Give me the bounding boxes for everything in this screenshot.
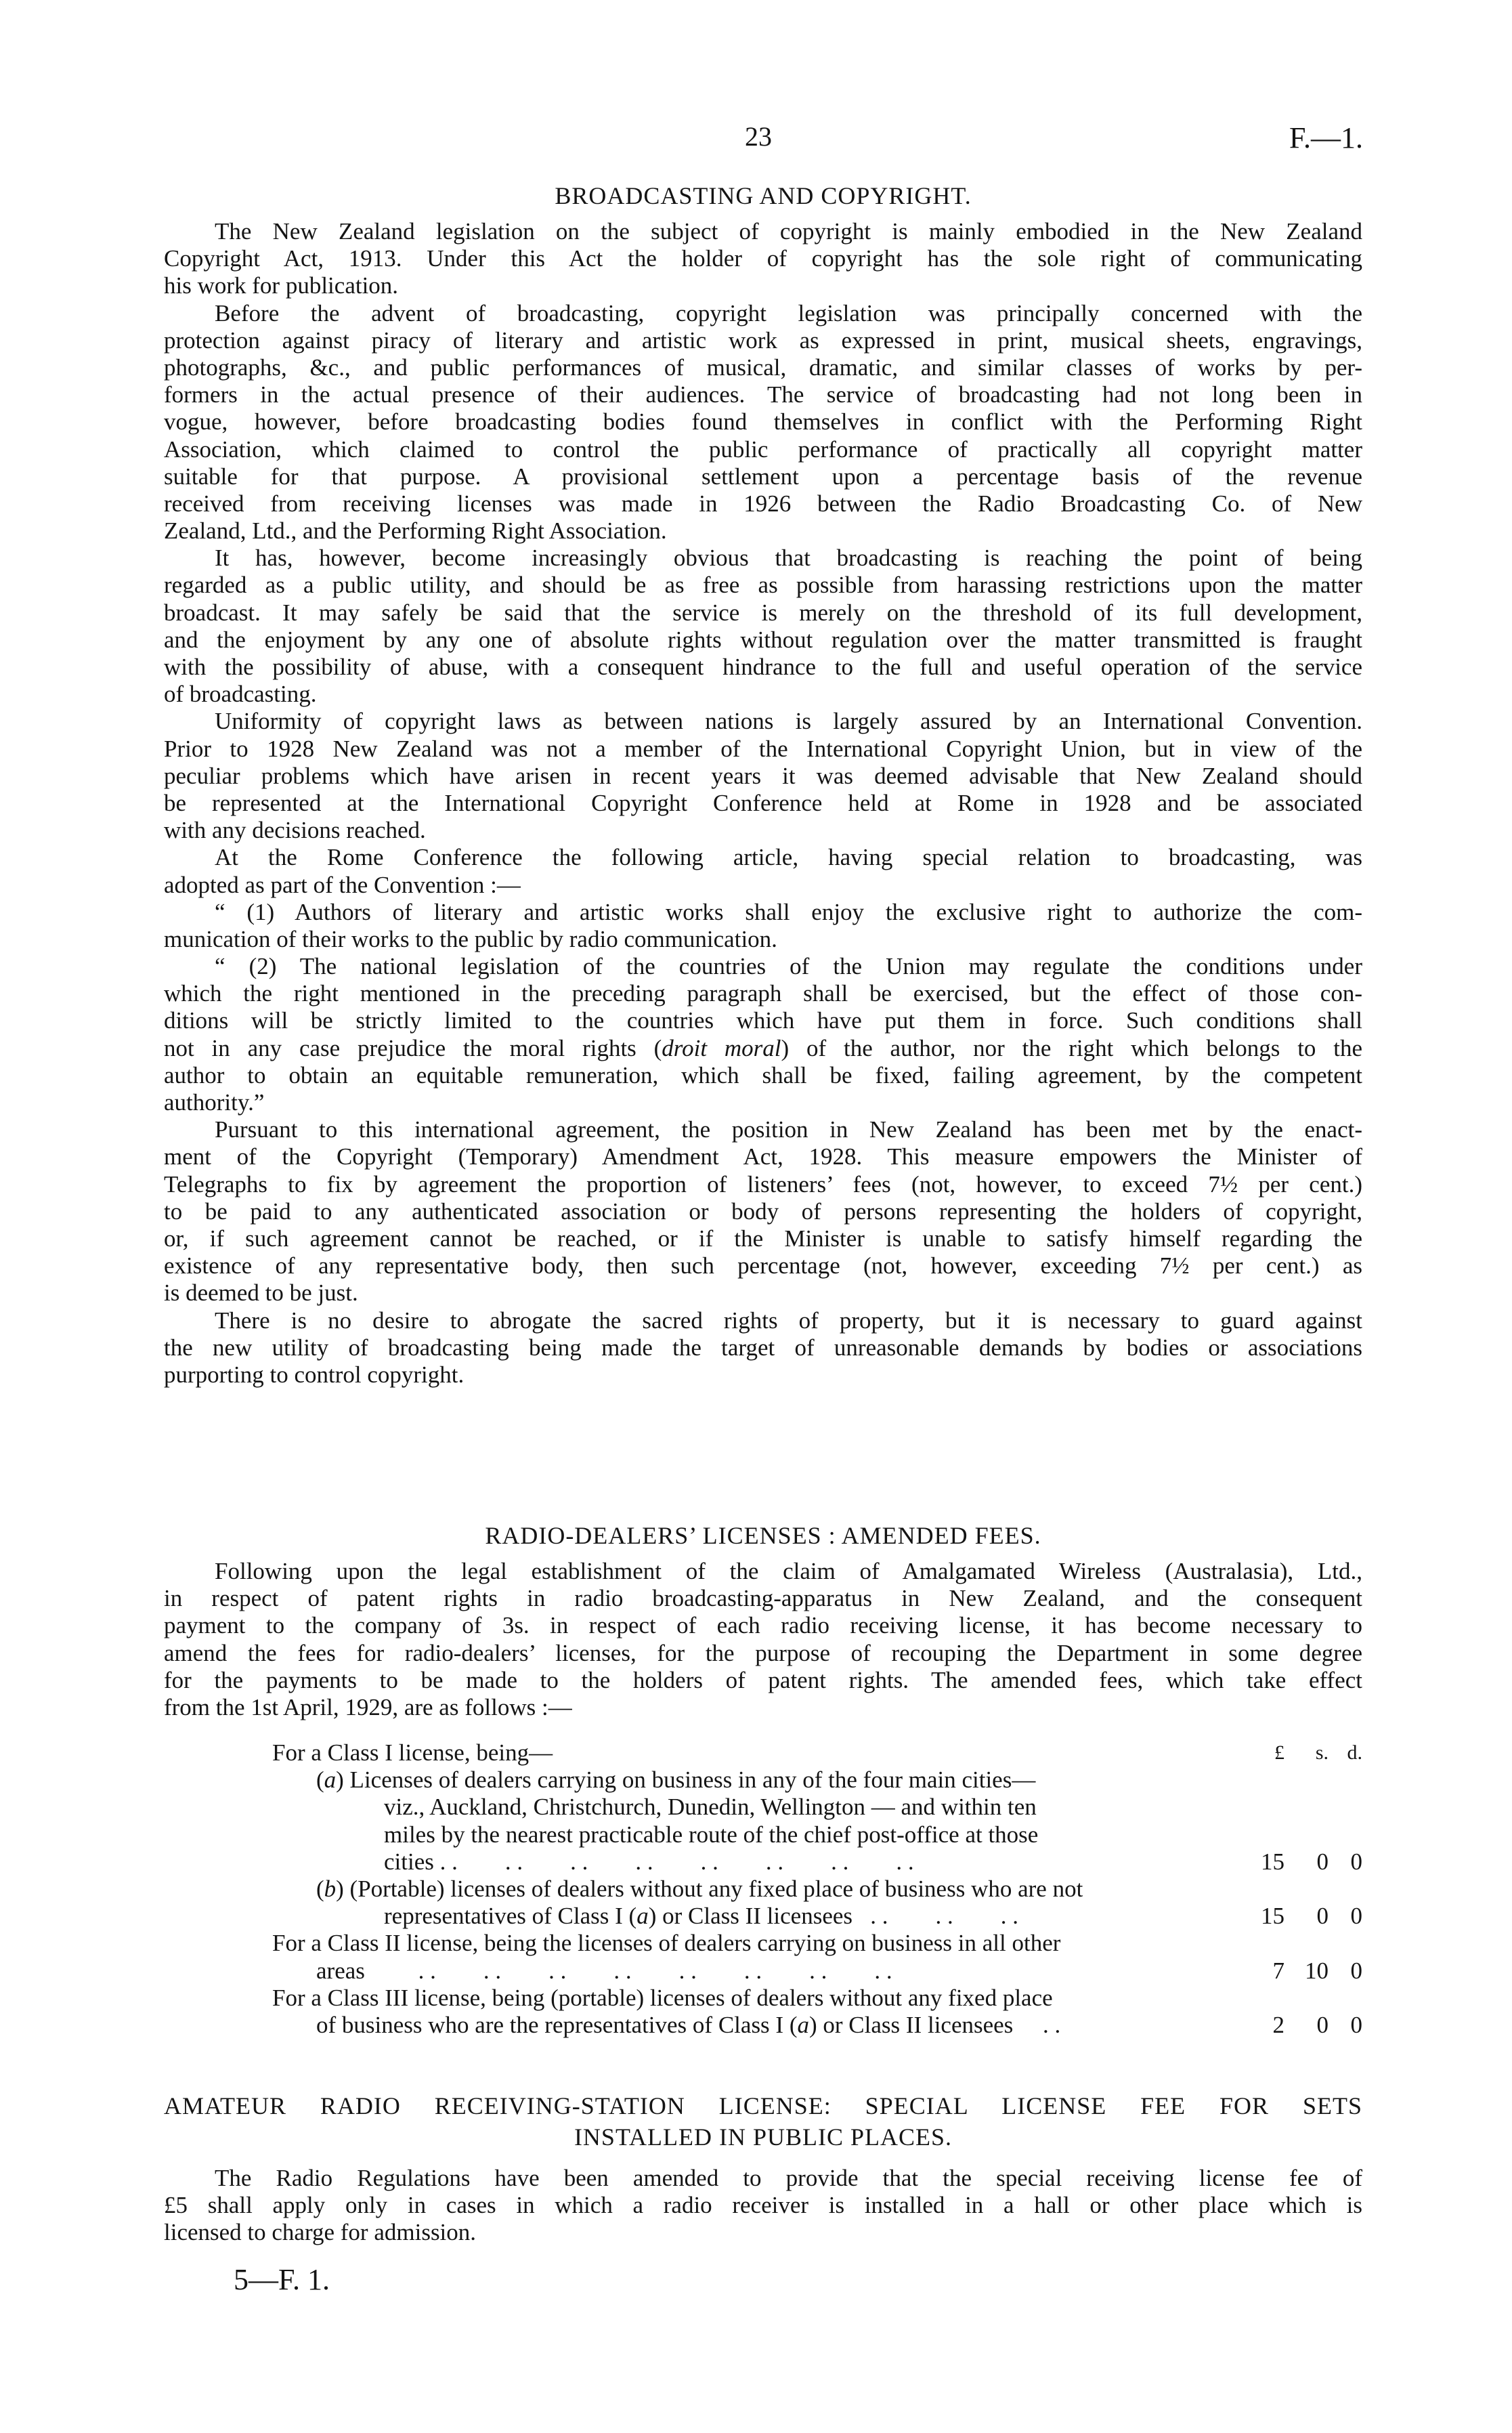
- amount-pence: 0: [1335, 1958, 1362, 1985]
- paragraph: There is no desire to abrogate the sacre…: [164, 1307, 1362, 1389]
- paragraph: Uniformity of copyright laws as between …: [164, 708, 1362, 844]
- fee-amount: 1500: [1247, 1903, 1362, 1930]
- paragraph: “ (2) The national legislation of the co…: [164, 953, 1362, 1116]
- text-line: photographs, &c., and public performance…: [164, 354, 1362, 381]
- text-line: Pursuant to this international agreement…: [164, 1116, 1362, 1143]
- page-number: 23: [731, 121, 785, 152]
- text-line: licensed to charge for admission.: [164, 2219, 1362, 2246]
- paragraph: Pursuant to this international agreement…: [164, 1116, 1362, 1307]
- text-line: his work for publication.: [164, 272, 1362, 299]
- section-body-broadcasting-copyright: The New Zealand legislation on the subje…: [164, 218, 1362, 1389]
- amount-pounds: 15: [1247, 1848, 1284, 1876]
- paragraph: At the Rome Conference the following art…: [164, 844, 1362, 898]
- fee-description: miles by the nearest practicable route o…: [384, 1821, 1213, 1848]
- fee-amount: 1500: [1247, 1848, 1362, 1876]
- text-line: be represented at the International Copy…: [164, 790, 1362, 817]
- section-heading-amateur-radio-license: AMATEUR RADIO RECEIVING-STATION LICENSE:…: [164, 2092, 1362, 2151]
- text-line: There is no desire to abrogate the sacre…: [164, 1307, 1362, 1334]
- text-line: purporting to control copyright.: [164, 1361, 1362, 1389]
- fee-row: miles by the nearest practicable route o…: [164, 1821, 1362, 1848]
- text-line: author to obtain an equitable remunerati…: [164, 1062, 1362, 1089]
- section-heading-radio-dealers-licenses: RADIO-DEALERS’ LICENSES : AMENDED FEES.: [164, 1521, 1362, 1550]
- text-line: The New Zealand legislation on the subje…: [164, 218, 1362, 245]
- text-line: £5 shall apply only in cases in which a …: [164, 2192, 1362, 2219]
- amount-pounds: 7: [1247, 1958, 1284, 1985]
- text-line: which the right mentioned in the precedi…: [164, 980, 1362, 1007]
- text-line: It has, however, become increasingly obv…: [164, 545, 1362, 572]
- text-line: Copyright Act, 1913. Under this Act the …: [164, 245, 1362, 272]
- fee-row: For a Class II license, being the licens…: [164, 1930, 1362, 1957]
- text-line: ditions will be strictly limited to the …: [164, 1007, 1362, 1034]
- paragraph: “ (1) Authors of literary and artistic w…: [164, 899, 1362, 953]
- amount-shillings: 0: [1291, 1903, 1329, 1930]
- text-line: Before the advent of broadcasting, copyr…: [164, 300, 1362, 327]
- paragraph: It has, however, become increasingly obv…: [164, 545, 1362, 708]
- fee-row: (b) (Portable) licenses of dealers witho…: [164, 1876, 1362, 1903]
- fee-row: areas . . . . . . . . . . . . . . . .710…: [164, 1958, 1362, 1985]
- section-heading-broadcasting-copyright: BROADCASTING AND COPYRIGHT.: [164, 182, 1362, 210]
- text-line: payment to the company of 3s. in respect…: [164, 1612, 1362, 1639]
- amount-pence: 0: [1335, 1848, 1362, 1876]
- text-line: the new utility of broadcasting being ma…: [164, 1334, 1362, 1361]
- amount-pounds: 15: [1247, 1903, 1284, 1930]
- text-line: vogue, however, before broadcasting bodi…: [164, 408, 1362, 436]
- fee-row: of business who are the representatives …: [164, 2012, 1362, 2039]
- text-line: or, if such agreement cannot be reached,…: [164, 1225, 1362, 1252]
- text-line: Following upon the legal establishment o…: [164, 1558, 1362, 1585]
- text-line: The Radio Regulations have been amended …: [164, 2165, 1362, 2192]
- text-line: with any decisions reached.: [164, 817, 1362, 844]
- text-line: broadcast. It may safely be said that th…: [164, 599, 1362, 627]
- amount-shillings: 0: [1291, 2012, 1329, 2039]
- text-line: ment of the Copyright (Temporary) Amendm…: [164, 1143, 1362, 1170]
- text-line: and the enjoyment by any one of absolute…: [164, 627, 1362, 654]
- text-line: not in any case prejudice the moral righ…: [164, 1035, 1362, 1062]
- text-line: with the possibility of abuse, with a co…: [164, 654, 1362, 681]
- text-line: Zealand, Ltd., and the Performing Right …: [164, 517, 1362, 545]
- fee-amount: 200: [1247, 2012, 1362, 2039]
- fee-description: For a Class II license, being the licens…: [272, 1930, 1213, 1957]
- amount-pence: 0: [1335, 2012, 1362, 2039]
- paragraph: The New Zealand legislation on the subje…: [164, 218, 1362, 300]
- fee-description: For a Class III license, being (portable…: [272, 1985, 1213, 2012]
- text-line: adopted as part of the Convention :—: [164, 872, 1362, 899]
- fee-description: areas . . . . . . . . . . . . . . . .: [316, 1958, 1213, 1985]
- fee-row: cities . . . . . . . . . . . . . . . .15…: [164, 1848, 1362, 1876]
- fee-amount: 7100: [1247, 1958, 1362, 1985]
- fee-row: (a) Licenses of dealers carrying on busi…: [164, 1766, 1362, 1794]
- text-line: received from receiving licenses was mad…: [164, 490, 1362, 517]
- heading-line: INSTALLED IN PUBLIC PLACES.: [164, 2123, 1362, 2151]
- fee-row: For a Class III license, being (portable…: [164, 1985, 1362, 2012]
- text-line: from the 1st April, 1929, are as follows…: [164, 1694, 1362, 1721]
- fee-row: For a Class I license, being—: [164, 1739, 1362, 1766]
- text-line: Uniformity of copyright laws as between …: [164, 708, 1362, 735]
- text-line: suitable for that purpose. A provisional…: [164, 463, 1362, 490]
- fee-description: For a Class I license, being—: [272, 1739, 1213, 1766]
- text-line: Prior to 1928 New Zealand was not a memb…: [164, 736, 1362, 763]
- text-line: Telegraphs to fix by agreement the propo…: [164, 1171, 1362, 1198]
- fee-description: viz., Auckland, Christchurch, Dunedin, W…: [384, 1794, 1213, 1821]
- fee-table: £s.d.For a Class I license, being—(a) Li…: [164, 1739, 1362, 2039]
- paragraph: Following upon the legal establishment o…: [164, 1558, 1362, 1721]
- fee-description: representatives of Class I (a) or Class …: [384, 1903, 1213, 1930]
- amount-pence: 0: [1335, 1903, 1362, 1930]
- text-line: existence of any representative body, th…: [164, 1252, 1362, 1279]
- amount-shillings: 0: [1291, 1848, 1329, 1876]
- text-line: “ (2) The national legislation of the co…: [164, 953, 1362, 980]
- paper-reference: F.—1.: [1289, 121, 1363, 155]
- text-line: is deemed to be just.: [164, 1279, 1362, 1307]
- paragraph: The Radio Regulations have been amended …: [164, 2165, 1362, 2247]
- fee-row: viz., Auckland, Christchurch, Dunedin, W…: [164, 1794, 1362, 1821]
- text-line: to be paid to any authenticated associat…: [164, 1198, 1362, 1225]
- text-line: munication of their works to the public …: [164, 926, 1362, 953]
- amount-pounds: 2: [1247, 2012, 1284, 2039]
- fee-row: representatives of Class I (a) or Class …: [164, 1903, 1362, 1930]
- section-body-amateur-radio-license: The Radio Regulations have been amended …: [164, 2165, 1362, 2247]
- fee-description: cities . . . . . . . . . . . . . . . .: [384, 1848, 1213, 1876]
- fee-description: (a) Licenses of dealers carrying on busi…: [316, 1766, 1213, 1794]
- heading-line: AMATEUR RADIO RECEIVING-STATION LICENSE:…: [164, 2092, 1362, 2120]
- text-line: regarded as a public utility, and should…: [164, 572, 1362, 599]
- text-line: protection against piracy of literary an…: [164, 327, 1362, 354]
- text-line: “ (1) Authors of literary and artistic w…: [164, 899, 1362, 926]
- text-line: At the Rome Conference the following art…: [164, 844, 1362, 871]
- amount-shillings: 10: [1291, 1958, 1329, 1985]
- text-line: in respect of patent rights in radio bro…: [164, 1585, 1362, 1612]
- text-line: of broadcasting.: [164, 681, 1362, 708]
- text-line: amend the fees for radio-dealers’ licens…: [164, 1640, 1362, 1667]
- text-line: for the payments to be made to the holde…: [164, 1667, 1362, 1694]
- text-line: formers in the actual presence of their …: [164, 381, 1362, 408]
- fee-description: (b) (Portable) licenses of dealers witho…: [316, 1876, 1213, 1903]
- text-line: authority.”: [164, 1089, 1362, 1116]
- paragraph: Before the advent of broadcasting, copyr…: [164, 300, 1362, 545]
- document-signature: 5—F. 1.: [234, 2262, 330, 2297]
- text-line: peculiar problems which have arisen in r…: [164, 763, 1362, 790]
- text-line: Association, which claimed to control th…: [164, 436, 1362, 463]
- section-body-radio-dealers-licenses: Following upon the legal establishment o…: [164, 1558, 1362, 1721]
- fee-description: of business who are the representatives …: [316, 2012, 1213, 2039]
- document-page: 23 F.—1. BROADCASTING AND COPYRIGHT. The…: [0, 0, 1512, 2433]
